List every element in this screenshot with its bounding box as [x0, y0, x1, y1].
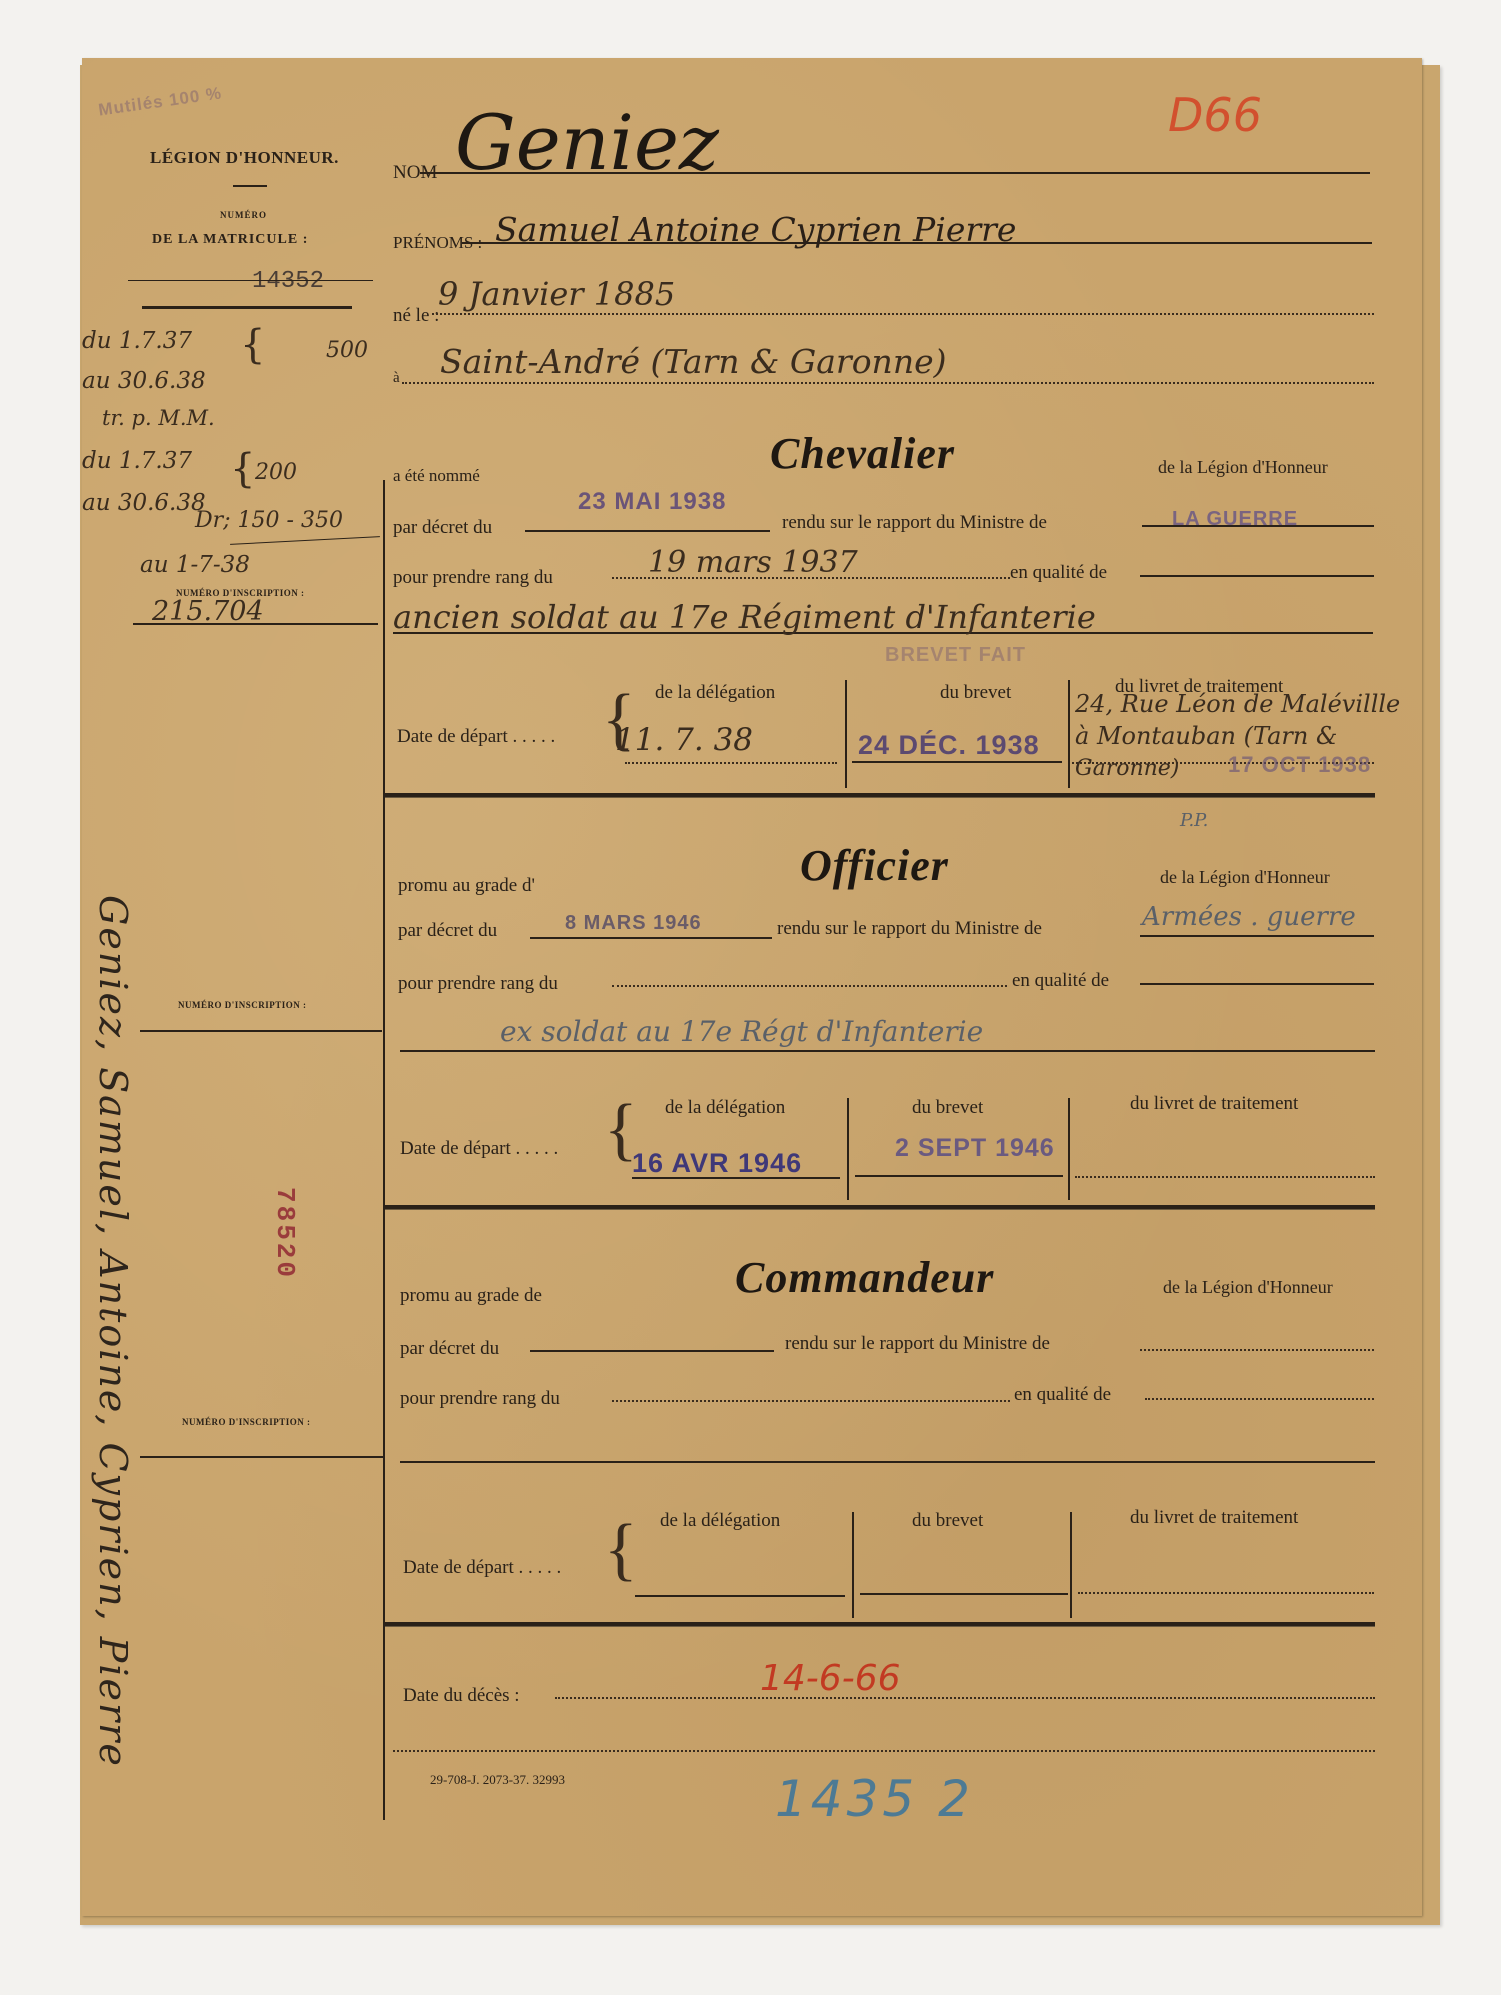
officier-brevet-stamp: 2 SEPT 1946 [895, 1134, 1055, 1163]
officier-depart-label: Date de départ . . . . . [400, 1138, 558, 1160]
commandeur-rang-label: pour prendre rang du [400, 1388, 560, 1410]
chevalier-decret-line [525, 530, 770, 532]
chevalier-col-divider-1 [845, 680, 847, 788]
officier-delegation-stamp: 16 AVR 1946 [632, 1148, 802, 1179]
brevet-fait-stamp: BREVET FAIT [885, 644, 1026, 667]
chevalier-rapport-label: rendu sur le rapport du Ministre de [782, 512, 1047, 534]
commandeur-qualite-line [1145, 1398, 1374, 1400]
chevalier-col-brevet: du brevet [940, 682, 1011, 704]
blue-handwritten-number: 1435 2 [775, 1770, 974, 1828]
chevalier-col-delegation: de la délégation [655, 682, 775, 704]
initials-pp: P.P. [1180, 810, 1208, 831]
commandeur-delegation-line [635, 1595, 845, 1597]
prenoms-value: Samuel Antoine Cyprien Pierre [495, 210, 1016, 249]
ne-le-line [432, 313, 1374, 315]
inscription-rule-3 [140, 1456, 385, 1458]
print-reference: 29-708-J. 2073-37. 32993 [430, 1772, 565, 1788]
legion-title: LÉGION D'HONNEUR. [150, 148, 339, 168]
chevalier-qualite-line [1140, 575, 1374, 577]
margin-note-1: du 1.7.37 [82, 328, 192, 354]
officier-rapport-label: rendu sur le rapport du Ministre de [777, 918, 1042, 940]
margin-note-2: au 30.6.38 [82, 368, 206, 394]
officier-rang-label: pour prendre rang du [398, 973, 558, 995]
officier-decret-stamp: 8 MARS 1946 [565, 912, 702, 935]
commandeur-livret-line [1078, 1592, 1374, 1594]
officier-suffix: de la Légion d'Honneur [1160, 867, 1330, 888]
nom-value: Geniez [455, 98, 719, 187]
inscription-label-3: NUMÉRO D'INSCRIPTION : [182, 1417, 311, 1427]
commandeur-qualite-line-2 [400, 1461, 1375, 1463]
commandeur-col-divider-2 [1070, 1512, 1072, 1618]
commandeur-depart-brace: { [604, 1510, 638, 1590]
officier-decret-label: par décret du [398, 920, 497, 942]
margin-note-4: du 1.7.37 [82, 448, 192, 474]
chevalier-rang-value: 19 mars 1937 [648, 545, 858, 580]
chevalier-intro: a été nommé [393, 466, 480, 486]
officier-col-delegation: de la délégation [665, 1097, 785, 1119]
deces-line [555, 1697, 1375, 1699]
officier-intro: promu au grade d' [398, 875, 535, 897]
brace-1: { [240, 322, 265, 368]
margin-note-6: Dr; 150 - 350 [195, 508, 343, 533]
margin-note-5: au 30.6.38 [82, 490, 206, 516]
livret-date-stamp: 17 OCT 1938 [1228, 752, 1371, 778]
commandeur-suffix: de la Légion d'Honneur [1163, 1277, 1333, 1298]
officier-rang-line [612, 985, 1007, 987]
inscription-label-2: NUMÉRO D'INSCRIPTION : [178, 1000, 307, 1010]
vertical-handwritten-name: Geniez, Samuel, Antoine, Cyprien, Pierre [91, 895, 135, 1768]
lieu-line [402, 382, 1374, 384]
chevalier-section-divider [385, 793, 1375, 798]
legion-honneur-record-card [82, 58, 1422, 1916]
inscription-rule-1 [133, 623, 378, 625]
deces-rule-2 [393, 1750, 1375, 1752]
officier-qualite-line-2 [400, 1050, 1375, 1052]
matricule-label: DE LA MATRICULE : [152, 232, 308, 248]
chevalier-suffix: de la Légion d'Honneur [1158, 457, 1328, 478]
commandeur-depart-label: Date de départ . . . . . [403, 1557, 561, 1579]
form-left-divider [383, 480, 385, 1820]
officier-qualite-label: en qualité de [1012, 970, 1109, 992]
commandeur-intro: promu au grade de [400, 1285, 542, 1307]
grade-commandeur: Commandeur [735, 1252, 994, 1303]
officier-section-divider [385, 1205, 1375, 1210]
officier-ministre-value: Armées . guerre [1142, 902, 1356, 932]
corner-mark-d66: D66 [1168, 88, 1262, 142]
commandeur-col-brevet: du brevet [912, 1510, 983, 1532]
livret-address-line-2: à Montauban (Tarn & [1075, 722, 1337, 750]
matricule-value: 14352 [252, 268, 324, 295]
ne-le-value: 9 Janvier 1885 [438, 275, 675, 313]
lieu-value: Saint-André (Tarn & Garonne) [440, 342, 946, 381]
chevalier-depart-label: Date de départ . . . . . [397, 726, 555, 748]
officier-livret-line [1075, 1176, 1375, 1178]
grade-officier: Officier [800, 840, 949, 891]
commandeur-col-divider-1 [852, 1512, 854, 1618]
matricule-underline [142, 306, 352, 309]
chevalier-decret-stamp: 23 MAI 1938 [578, 488, 726, 516]
officier-col-brevet: du brevet [912, 1097, 983, 1119]
matricule-strike-rule [128, 280, 373, 281]
numero-label: NUMÉRO [220, 210, 267, 220]
ne-le-label: né le : [393, 305, 439, 327]
red-number-stamp: 78520 [270, 1187, 300, 1280]
commandeur-rapport-label: rendu sur le rapport du Ministre de [785, 1333, 1050, 1355]
officier-col-divider-1 [847, 1098, 849, 1200]
officier-qualite-value: ex soldat au 17e Régt d'Infanterie [500, 1015, 983, 1048]
officier-decret-line [530, 937, 772, 939]
commandeur-decret-label: par décret du [400, 1338, 499, 1360]
chevalier-col-divider-2 [1068, 680, 1070, 788]
commandeur-brevet-line [860, 1593, 1068, 1595]
chevalier-brevet-stamp: 24 DÉC. 1938 [858, 730, 1040, 761]
officier-col-divider-2 [1068, 1098, 1070, 1200]
title-rule [233, 185, 267, 187]
chevalier-rang-label: pour prendre rang du [393, 567, 553, 589]
inscription-rule-2 [140, 1030, 382, 1032]
livret-address-line-1: 24, Rue Léon de Malévillle [1075, 690, 1400, 718]
officier-col-livret: du livret de traitement [1130, 1093, 1298, 1115]
chevalier-delegation-value: 11. 7. 38 [615, 722, 753, 758]
chevalier-brevet-line [852, 761, 1062, 763]
margin-amount-2: 200 [255, 460, 297, 485]
officier-brevet-line [855, 1175, 1063, 1177]
livret-address-line-3: Garonne) [1075, 756, 1179, 781]
chevalier-decret-label: par décret du [393, 517, 492, 539]
deces-value: 14-6-66 [760, 1658, 901, 1699]
commandeur-decret-line [530, 1350, 774, 1352]
commandeur-rang-line [612, 1400, 1010, 1402]
officier-ministre-line [1140, 935, 1374, 937]
brace-2: { [230, 446, 255, 492]
margin-note-7: au 1-7-38 [140, 552, 250, 578]
deces-label: Date du décès : [403, 1685, 520, 1707]
commandeur-col-livret: du livret de traitement [1130, 1507, 1298, 1529]
commandeur-section-divider [385, 1622, 1375, 1627]
officier-qualite-line [1140, 983, 1374, 985]
commandeur-qualite-label: en qualité de [1014, 1384, 1111, 1406]
grade-chevalier: Chevalier [770, 428, 955, 479]
commandeur-ministre-line [1140, 1349, 1374, 1351]
a-label: à [393, 370, 400, 387]
commandeur-col-delegation: de la délégation [660, 1510, 780, 1532]
chevalier-qualite-value: ancien soldat au 17e Régiment d'Infanter… [393, 598, 1096, 636]
chevalier-delegation-line [625, 762, 837, 764]
chevalier-qualite-label: en qualité de [1010, 562, 1107, 584]
margin-note-3: tr. p. M.M. [102, 406, 215, 430]
margin-amount-1: 500 [326, 338, 368, 363]
chevalier-ministre-stamp: LA GUERRE [1172, 508, 1298, 531]
